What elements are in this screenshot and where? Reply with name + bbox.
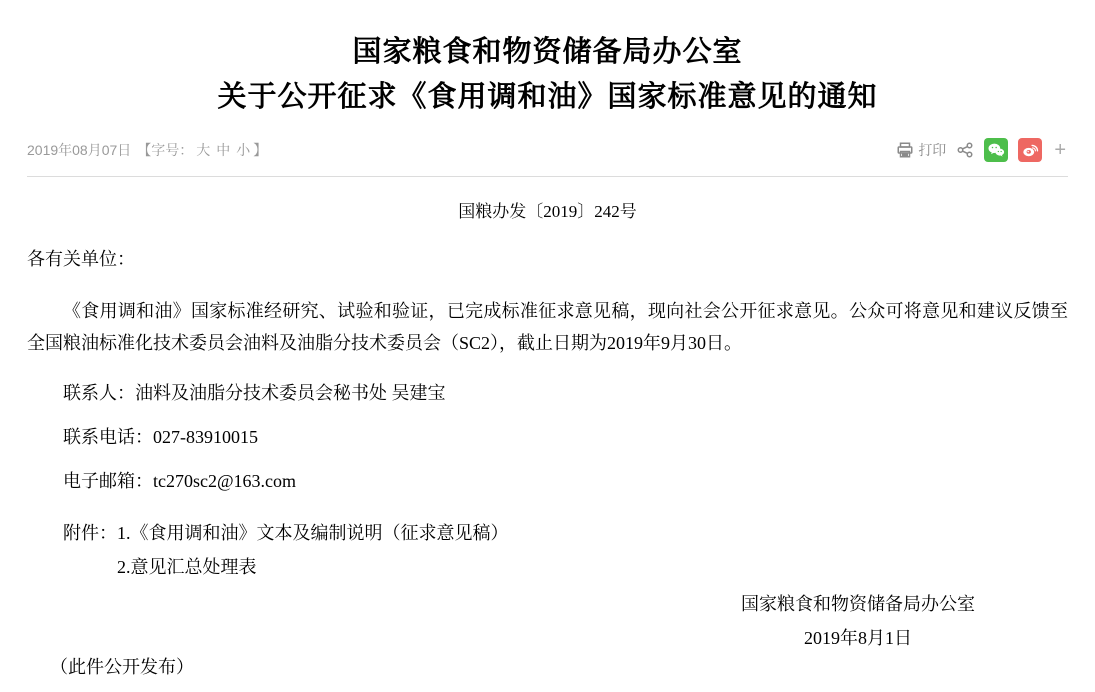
salutation: 各有关单位： (27, 247, 1068, 271)
attachment-block: 附件： 1.《食用调和油》文本及编制说明（征求意见稿） 2.意见汇总处理表 (63, 516, 1068, 584)
printer-icon (896, 141, 914, 159)
publish-note: （此件公开发布） (50, 656, 1068, 678)
contact-person: 联系人：油料及油脂分技术委员会秘书处 吴建宝 (27, 383, 1068, 403)
attachment-label: 附件： (63, 516, 117, 584)
weibo-icon (1020, 140, 1040, 160)
share-nodes-icon[interactable] (956, 141, 974, 159)
fontsize-large[interactable]: 大 (196, 140, 210, 160)
meta-bar: 2019年08月07日 【字号： 大 中 小 】 (27, 138, 1068, 177)
attachment-item-1: 1.《食用调和油》文本及编制说明（征求意见稿） (117, 516, 509, 550)
contact-email: 电子邮箱：tc270sc2@163.com (27, 471, 1068, 491)
contact-phone: 联系电话：027-83910015 (27, 427, 1068, 447)
share-weibo-button[interactable] (1018, 138, 1042, 162)
signature-date: 2019年8月1日 (804, 626, 912, 650)
notice-page: 国家粮食和物资储备局办公室 关于公开征求《食用调和油》国家标准意见的通知 201… (0, 0, 1095, 692)
signature-org: 国家粮食和物资储备局办公室 (741, 592, 975, 616)
meta-left: 2019年08月07日 【字号： 大 中 小 】 (27, 140, 267, 160)
attachment-item-2: 2.意见汇总处理表 (117, 550, 509, 584)
wechat-icon (986, 140, 1006, 160)
signature-block: 国家粮食和物资储备局办公室 2019年8月1日 (741, 592, 975, 650)
share-wechat-button[interactable] (984, 138, 1008, 162)
fontsize-small[interactable]: 小 (236, 140, 250, 160)
print-button[interactable]: 打印 (896, 140, 946, 160)
fontsize-selector: 【字号： 大 中 小 】 (137, 140, 267, 160)
title-line-1: 国家粮食和物资储备局办公室 (27, 30, 1068, 75)
print-label: 打印 (918, 140, 946, 160)
title-line-2: 关于公开征求《食用调和油》国家标准意见的通知 (27, 75, 1068, 120)
fontsize-suffix: 】 (253, 140, 267, 160)
more-share-button[interactable]: + (1052, 140, 1068, 160)
fontsize-prefix: 【字号： (137, 140, 193, 160)
attachment-list: 1.《食用调和油》文本及编制说明（征求意见稿） 2.意见汇总处理表 (117, 516, 509, 584)
publish-date: 2019年08月07日 (27, 140, 131, 160)
fontsize-medium[interactable]: 中 (216, 140, 230, 160)
page-title: 国家粮食和物资储备局办公室 关于公开征求《食用调和油》国家标准意见的通知 (27, 0, 1068, 120)
body-paragraph: 《食用调和油》国家标准经研究、试验和验证，已完成标准征求意见稿，现向社会公开征求… (27, 295, 1068, 359)
doc-number: 国粮办发〔2019〕242号 (27, 201, 1068, 223)
meta-right: 打印 (896, 138, 1068, 162)
